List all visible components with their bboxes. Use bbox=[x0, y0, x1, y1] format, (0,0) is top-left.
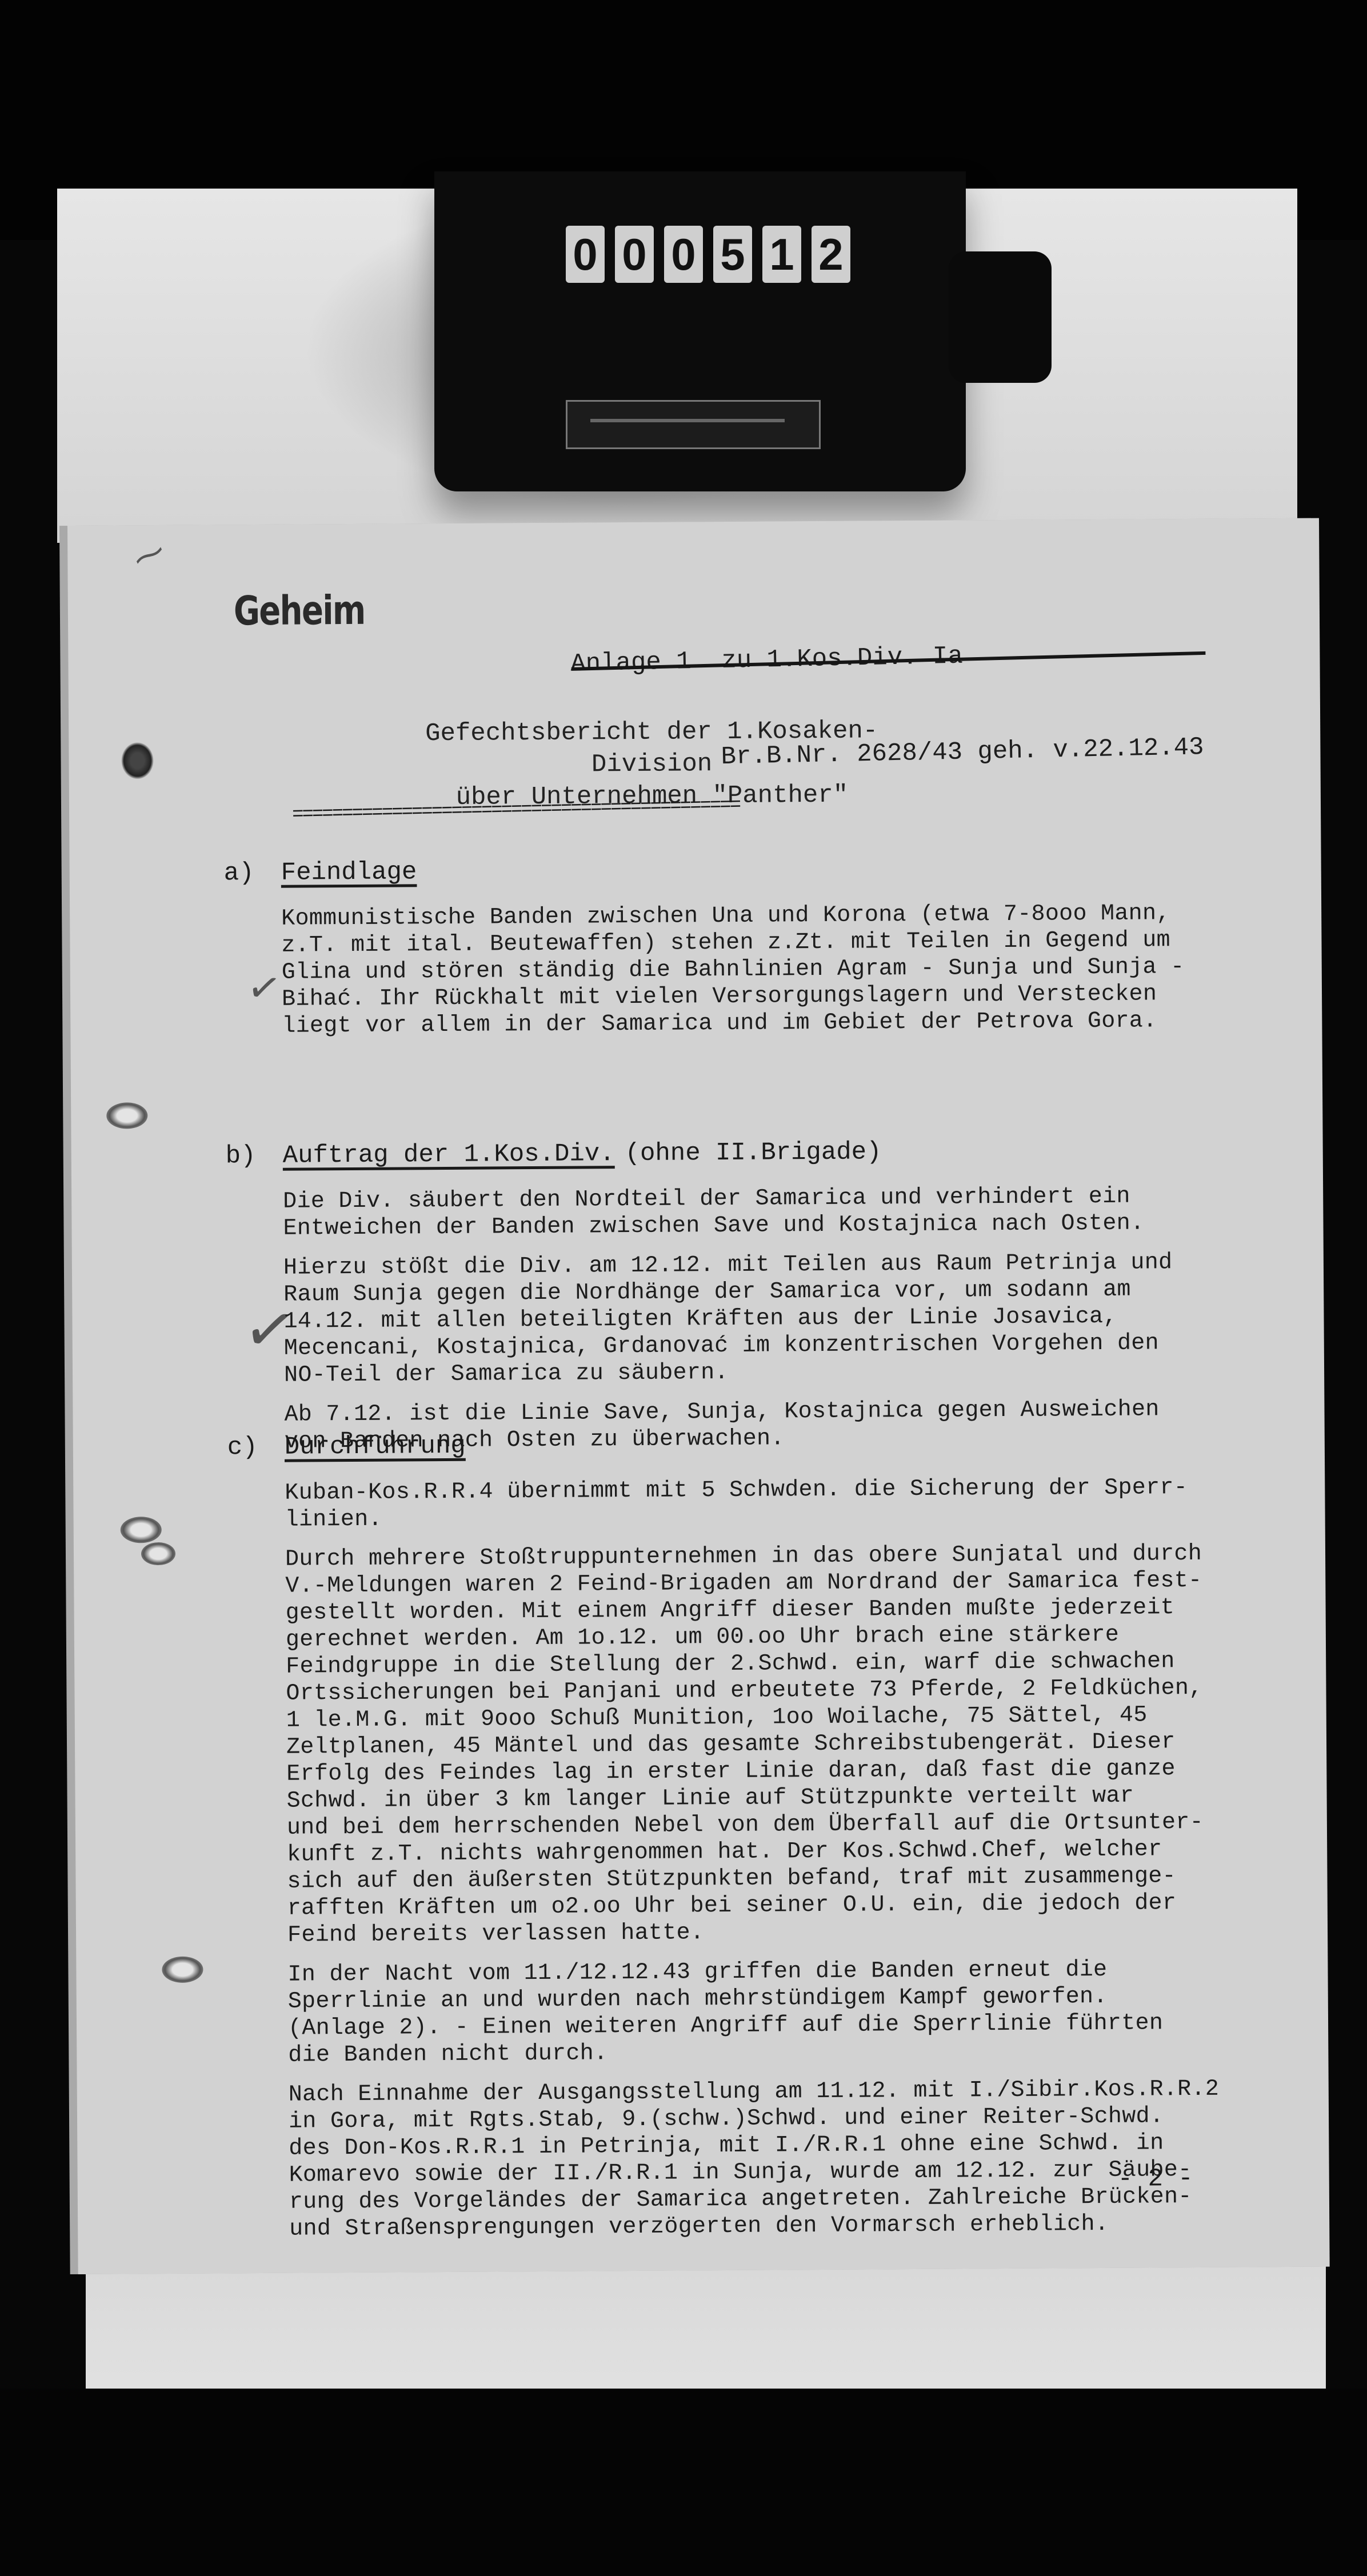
page-number: - 2 - bbox=[1118, 2165, 1193, 2194]
section-heading-text: Auftrag der 1.Kos.Div. bbox=[283, 1139, 615, 1170]
section-heading: Feindlage bbox=[281, 858, 417, 887]
pencil-check-mark-icon: ✓ bbox=[243, 962, 285, 1014]
classification-stamp: Geheim bbox=[234, 587, 365, 634]
punch-hole-icon bbox=[162, 1957, 203, 1983]
text-line: Feind bereits verlassen hatte. bbox=[287, 1916, 1293, 1949]
punch-hole-icon bbox=[121, 1517, 162, 1543]
frame-counter: 0 0 0 5 1 2 bbox=[434, 171, 966, 491]
report-section: a)FeindlageKommunistische Banden zwische… bbox=[224, 853, 1281, 859]
counter-digits: 0 0 0 5 1 2 bbox=[566, 226, 850, 283]
section-paragraph: Hierzu stößt die Div. am 12.12. mit Teil… bbox=[283, 1249, 1290, 1389]
section-paragraph: Durch mehrere Stoßtruppunternehmen in da… bbox=[285, 1540, 1293, 1949]
counter-digit: 0 bbox=[566, 226, 605, 283]
report-section: b)Auftrag der 1.Kos.Div.(ohne II.Brigade… bbox=[226, 1135, 1283, 1142]
section-paragraph: Kuban-Kos.R.R.4 übernimmt mit 5 Schwden.… bbox=[285, 1474, 1291, 1534]
section-paragraph: Nach Einnahme der Ausgangsstellung am 11… bbox=[289, 2075, 1296, 2243]
punch-hole-icon bbox=[141, 1542, 175, 1565]
counter-digit: 5 bbox=[713, 226, 752, 283]
text-line: NO-Teil der Samarica zu säubern. bbox=[284, 1356, 1290, 1389]
section-heading: Durchführung bbox=[285, 1432, 466, 1462]
section-heading-text: Feindlage bbox=[281, 858, 417, 887]
counter-digit: 0 bbox=[664, 226, 703, 283]
document-page: ✓ ✓ ⁓ Geheim Anlage 1 zu 1.Kos.Div. Ia B… bbox=[67, 518, 1330, 2274]
counter-label-plate bbox=[566, 400, 821, 449]
section-letter: a) bbox=[224, 859, 254, 887]
film-frame-bottom bbox=[0, 2389, 1367, 2576]
counter-digit: 1 bbox=[762, 226, 801, 283]
section-letter: c) bbox=[227, 1433, 258, 1462]
reference-line-1: Anlage 1 zu 1.Kos.Div. Ia bbox=[570, 635, 1202, 680]
text-line: die Banden nicht durch. bbox=[288, 2036, 1294, 2069]
counter-knob bbox=[949, 251, 1052, 383]
text-line: liegt vor allem in der Samarica und im G… bbox=[282, 1007, 1288, 1040]
section-paragraph: Kommunistische Banden zwischen Una und K… bbox=[281, 899, 1288, 1040]
counter-digit: 0 bbox=[615, 226, 654, 283]
section-paragraph: In der Nacht vom 11./12.12.43 griffen di… bbox=[287, 1955, 1294, 2069]
title-line-1: Gefechtsbericht der 1.Kosaken-Division bbox=[366, 715, 938, 782]
section-letter: b) bbox=[226, 1142, 256, 1170]
text-line: Entweichen der Banden zwischen Save und … bbox=[283, 1209, 1289, 1242]
counter-digit: 2 bbox=[812, 226, 850, 283]
section-heading-note: (ohne II.Brigade) bbox=[625, 1138, 881, 1168]
text-line: und Straßensprengungen verzögerten den V… bbox=[289, 2210, 1295, 2243]
section-paragraph: Die Div. säubert den Nordteil der Samari… bbox=[283, 1182, 1289, 1242]
pencil-scribble-icon: ⁓ bbox=[127, 532, 170, 578]
punch-hole-icon bbox=[106, 1102, 147, 1129]
section-heading-text: Durchführung bbox=[285, 1432, 466, 1462]
punch-hole-icon bbox=[121, 742, 153, 779]
section-heading: Auftrag der 1.Kos.Div.(ohne II.Brigade) bbox=[283, 1138, 882, 1170]
